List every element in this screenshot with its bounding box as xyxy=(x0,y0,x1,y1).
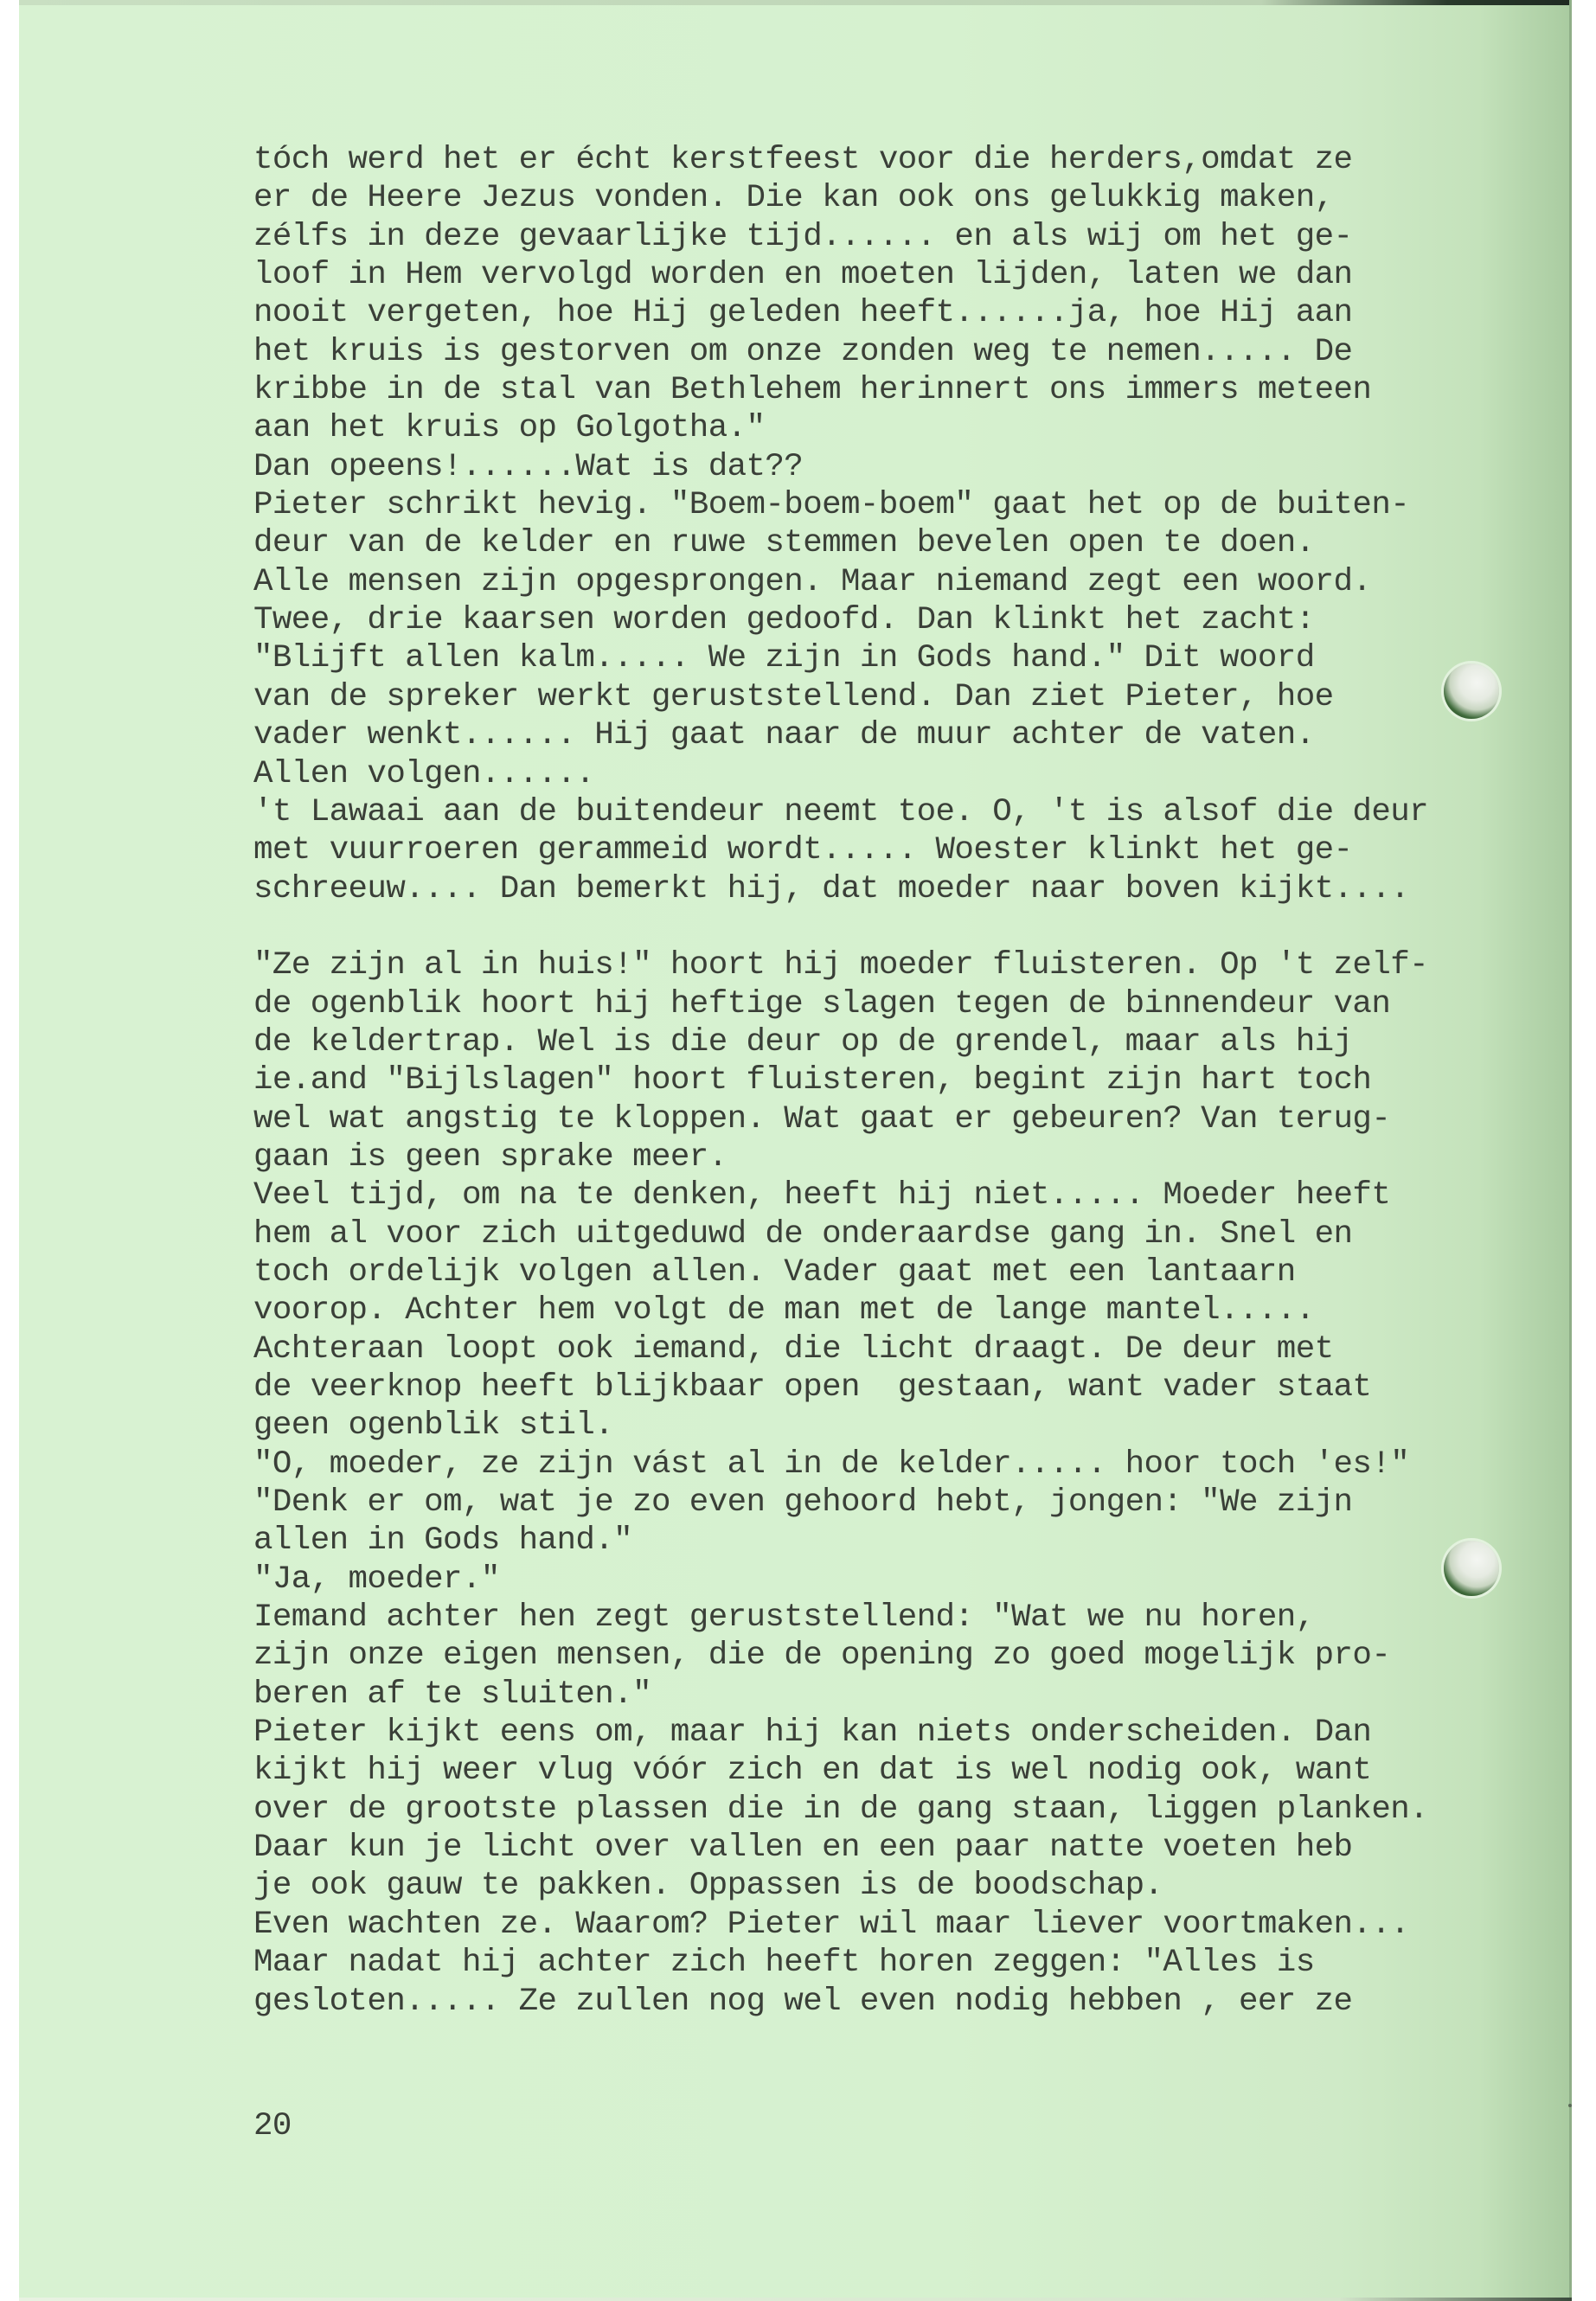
text-line: Veel tijd, om na te denken, heeft hij ni… xyxy=(253,1176,1508,1215)
text-line: over de grootste plassen die in de gang … xyxy=(253,1791,1508,1829)
text-line: Achteraan loopt ook iemand, die licht dr… xyxy=(253,1330,1508,1368)
page-number: 20 xyxy=(253,2108,292,2144)
text-line: met vuurroeren gerammeid wordt..... Woes… xyxy=(253,831,1508,869)
text-line: beren af te sluiten." xyxy=(253,1676,1508,1714)
text-line: 't Lawaai aan de buitendeur neemt toe. O… xyxy=(253,793,1508,831)
text-line: tóch werd het er écht kerstfeest voor di… xyxy=(253,141,1508,179)
text-line: kribbe in de stal van Bethlehem herinner… xyxy=(253,371,1508,409)
text-line: deur van de kelder en ruwe stemmen bevel… xyxy=(253,524,1508,562)
scan-right-edge xyxy=(1569,0,1572,2301)
text-line: toch ordelijk volgen allen. Vader gaat m… xyxy=(253,1253,1508,1292)
text-line: Dan opeens!......Wat is dat?? xyxy=(253,448,1508,486)
text-line: "Ze zijn al in huis!" hoort hij moeder f… xyxy=(253,946,1508,984)
text-line: zélfs in deze gevaarlijke tijd...... en … xyxy=(253,218,1508,256)
text-line: "Ja, moeder." xyxy=(253,1561,1508,1599)
text-line xyxy=(253,908,1508,946)
text-line: Iemand achter hen zegt geruststellend: "… xyxy=(253,1599,1508,1637)
text-line: van de spreker werkt geruststellend. Dan… xyxy=(253,678,1508,716)
text-line: geen ogenblik stil. xyxy=(253,1407,1508,1445)
text-line: Maar nadat hij achter zich heeft horen z… xyxy=(253,1944,1508,1982)
text-line: het kruis is gestorven om onze zonden we… xyxy=(253,333,1508,371)
text-line: Allen volgen...... xyxy=(253,755,1508,793)
text-line: Even wachten ze. Waarom? Pieter wil maar… xyxy=(253,1906,1508,1944)
text-line: "Denk er om, wat je zo even gehoord hebt… xyxy=(253,1484,1508,1522)
text-line: wel wat angstig te kloppen. Wat gaat er … xyxy=(253,1100,1508,1138)
scan-top-edge xyxy=(19,0,1572,5)
text-line: aan het kruis op Golgotha." xyxy=(253,409,1508,447)
text-line: schreeuw.... Dan bemerkt hij, dat moeder… xyxy=(253,870,1508,908)
text-line: er de Heere Jezus vonden. Die kan ook on… xyxy=(253,179,1508,217)
text-line: je ook gauw te pakken. Oppassen is de bo… xyxy=(253,1867,1508,1905)
body-text: tóch werd het er écht kerstfeest voor di… xyxy=(253,141,1508,2021)
text-line: "Blijft allen kalm..... We zijn in Gods … xyxy=(253,639,1508,677)
text-line: Pieter kijkt eens om, maar hij kan niets… xyxy=(253,1714,1508,1752)
text-line: Alle mensen zijn opgesprongen. Maar niem… xyxy=(253,563,1508,601)
text-line: ie.and "Bijlslagen" hoort fluisteren, be… xyxy=(253,1061,1508,1099)
text-line: loof in Hem vervolgd worden en moeten li… xyxy=(253,256,1508,294)
text-line: zijn onze eigen mensen, die de opening z… xyxy=(253,1637,1508,1675)
text-line: Twee, drie kaarsen worden gedoofd. Dan k… xyxy=(253,601,1508,639)
text-line: kijkt hij weer vlug vóór zich en dat is … xyxy=(253,1752,1508,1790)
text-line: de veerknop heeft blijkbaar open gestaan… xyxy=(253,1368,1508,1407)
document-page: tóch werd het er écht kerstfeest voor di… xyxy=(19,0,1572,2301)
text-line: gesloten..... Ze zullen nog wel even nod… xyxy=(253,1983,1508,2021)
text-line: "O, moeder, ze zijn vást al in de kelder… xyxy=(253,1445,1508,1484)
text-line: voorop. Achter hem volgt de man met de l… xyxy=(253,1292,1508,1330)
scan-bottom-edge xyxy=(19,2298,1572,2301)
text-line: de keldertrap. Wel is die deur op de gre… xyxy=(253,1023,1508,1061)
paper-speck xyxy=(1568,2104,1572,2107)
text-line: Daar kun je licht over vallen en een paa… xyxy=(253,1829,1508,1867)
text-line: nooit vergeten, hoe Hij geleden heeft...… xyxy=(253,294,1508,332)
text-line: vader wenkt...... Hij gaat naar de muur … xyxy=(253,716,1508,754)
text-line: hem al voor zich uitgeduwd de onderaards… xyxy=(253,1215,1508,1253)
text-line: Pieter schrikt hevig. "Boem-boem-boem" g… xyxy=(253,486,1508,524)
text-line: gaan is geen sprake meer. xyxy=(253,1138,1508,1176)
text-line: allen in Gods hand." xyxy=(253,1522,1508,1560)
text-line: de ogenblik hoort hij heftige slagen teg… xyxy=(253,985,1508,1023)
